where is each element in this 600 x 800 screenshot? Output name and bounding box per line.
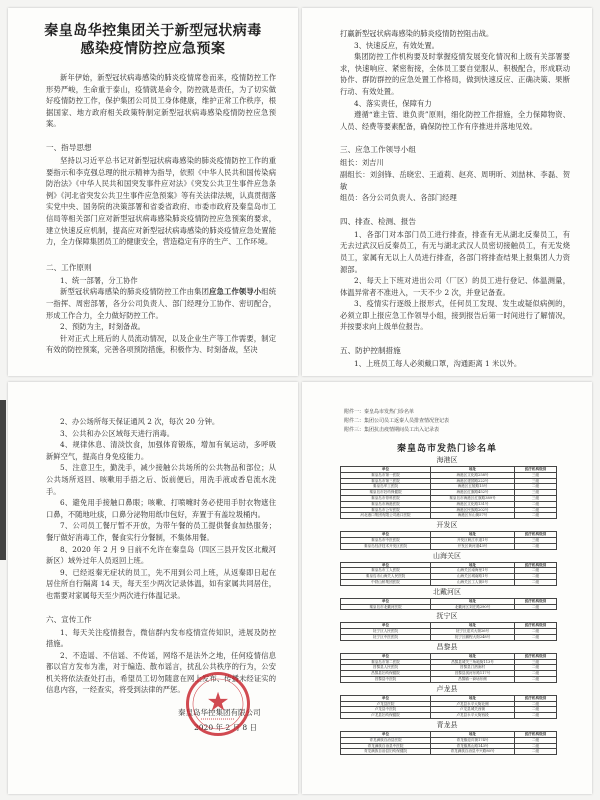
section-heading: 三、应急工作领导小组 — [302, 144, 592, 156]
principle-title: 1、统一部署，分工协作 — [8, 275, 298, 287]
attachment-item: 附件一：秦皇岛市发热门诊名单 — [302, 408, 592, 417]
fever-clinic-tables: 海港区单位地址医疗机构级别秦皇岛市第一医院海港区文化路258号三级秦皇岛市第三医… — [302, 456, 592, 755]
table-cell: 二级 — [515, 579, 557, 585]
table-cell: 昌黎镇一商场东侧 — [431, 676, 515, 682]
publicity-item: 1、每天关注疫情报告，微信群内发布疫情宣传知识，进展及防控措施。 — [8, 627, 298, 650]
table-cell: 卢龙县妇幼保健院 — [341, 713, 431, 719]
district-heading: 北戴河区 — [302, 588, 592, 597]
measure-item: 4、规律休息、清淡饮食，加强体育锻炼，增加有氧运动，多呼吸新鲜空气，提高自身免疫… — [8, 439, 298, 462]
table-cell: 秦皇岛市北戴河医院 — [341, 604, 431, 610]
table-cell: 抚宁区中医医院 — [341, 634, 431, 640]
document-page-2: 打赢新型冠状病毒感染的肺炎疫情防控阻击战。 3、快速反应，有效处置。 集团防控工… — [302, 8, 592, 376]
table-cell: 二级 — [515, 513, 557, 519]
group-leader: 组长：刘吉川 — [302, 157, 592, 169]
principle-title: 3、快速反应，有效处置。 — [302, 40, 592, 52]
table-cell: 二级 — [515, 604, 557, 610]
document-page-4: 附件一：秦皇岛市发热门诊名单 附件二：集团公司员工返秦人员排查情况登记表 附件三… — [302, 382, 592, 794]
table-cell: 二级 — [515, 634, 557, 640]
table-cell: 二级 — [515, 676, 557, 682]
table-row: 秦皇岛经济技术开发区医院开发区黄河道43号二级 — [341, 543, 557, 549]
section-heading: 六、宣传工作 — [8, 614, 298, 626]
seal-star-icon: ★ — [206, 689, 229, 715]
intro-paragraph: 新年伊始，新型冠状病毒感染的肺炎疫情席卷而来，疫情防控工作形势严峻，生命重于泰山… — [8, 72, 298, 130]
measure-item: 2、办公场所每天保证通风 2 次，每次 20 分钟。 — [8, 416, 298, 428]
document-page-3: 2、办公场所每天保证通风 2 次，每次 20 分钟。 3、公共和办公区域每天进行… — [8, 382, 298, 794]
table-row: 卢龙县妇幼保健院卢龙县永平大街西段二级 — [341, 713, 557, 719]
measure-item: 1、上班员工每人必须戴口罩，沟通距离 1 米以外。 — [302, 358, 592, 370]
measure-item: 7、公司员工餐厅暂不开放，为带午餐的员工提供餐食加热服务；餐厅做好消毒工作，餐食… — [8, 520, 298, 543]
table-cell: 海港区东山街57号 — [431, 513, 515, 519]
table-cell: 二级 — [515, 749, 557, 755]
table-cell: 开发区黄河道43号 — [431, 543, 515, 549]
section-heading: 五、防护控制措施 — [302, 345, 592, 357]
table-row: 秦皇岛市北戴河医院北戴河区刘庄路290号二级 — [341, 604, 557, 610]
table-row: 抚宁区中医医院抚宁区鹏程大街248号二级 — [341, 634, 557, 640]
district-heading: 山海关区 — [302, 552, 592, 561]
table-cell: 青龙满族自治县中兴路80号 — [431, 749, 515, 755]
measure-item: 8、2020 年 2 月 9 日前不允许在秦皇岛（四区三县开发区北戴河新区）域外… — [8, 544, 298, 567]
measure-item: 5、注意卫生，勤洗手，减少接触公共场所的公共物品和部位；从公共场所返回、咳嗽用手… — [8, 462, 298, 497]
district-heading: 抚宁区 — [302, 612, 592, 621]
principle-paragraph: 遵循“谁主管、谁负责”原则，细化防控工作措施，全力保障物资、人员、经费等要素配备… — [302, 109, 592, 132]
fever-clinic-table: 单位地址医疗机构级别卢龙县医院卢龙县永平大街北侧二级卢龙县中医院卢龙县城关西街二… — [340, 695, 557, 719]
table-cell: 昌黎县中医院 — [341, 676, 431, 682]
attachment-item: 附件二：集团公司员工返秦人员排查情况登记表 — [302, 417, 592, 426]
check-item: 1、各部门对本部门员工进行排查，排查有无从湖北反秦员工，有无去过武汉后反秦员工，… — [302, 229, 592, 275]
table-cell: 中铁山桥集团医院 — [341, 579, 431, 585]
principle-paragraph: 新型冠状病毒感染的肺炎疫情防控工作由集团应急工作领导小组统一指挥、周密部署，各分… — [8, 286, 298, 321]
table-cell: 卢龙县永平大街西段 — [431, 713, 515, 719]
table-cell: 秦皇岛经济技术开发区医院 — [341, 543, 431, 549]
table-cell: 山海关区工人街5号 — [431, 579, 515, 585]
table-cell: 抚宁区鹏程大街248号 — [431, 634, 515, 640]
fever-clinic-table: 单位地址医疗机构级别秦皇岛市北戴河医院北戴河区刘庄路290号二级 — [340, 598, 557, 611]
principle-title: 2、预防为主，时刻备战。 — [8, 321, 298, 333]
fever-clinic-table: 单位地址医疗机构级别秦皇岛市工人医院山海关区南海里1号二级秦皇岛市山海关人民医院… — [340, 562, 557, 586]
table-cell: 河北港口集团有限公司港口医院 — [341, 513, 431, 519]
scan-edge-shadow — [0, 400, 6, 560]
fever-clinic-table: 单位地址医疗机构级别秦皇岛市第一医院海港区文化路258号三级秦皇岛市第三医院海港… — [340, 466, 557, 519]
fever-clinic-table: 单位地址医疗机构级别青龙满族自治县医院青龙镇迎宾街174号二级青龙满族自治县中医… — [340, 731, 557, 755]
district-heading: 卢龙县 — [302, 685, 592, 694]
district-heading: 海港区 — [302, 456, 592, 465]
section-heading: 四、排查、检测、报告 — [302, 216, 592, 228]
measure-item: 6、避免用手接触口鼻眼；咳嗽、打喷嚏时务必使用手肘衣物遮住口鼻，不随地吐痰，口鼻… — [8, 497, 298, 520]
principle-paragraph: 针对正式上班后的人员流动情况，以及企业生产等工作需要，制定有效的防控预案，完善各… — [8, 333, 298, 356]
section-heading: 一、指导思想 — [8, 142, 298, 154]
table-cell: 二级 — [515, 713, 557, 719]
document-page-1: 秦皇岛华控集团关于新型冠状病毒 感染疫情防控应急预案 新年伊始，新型冠状病毒感染… — [8, 8, 298, 376]
official-seal: ★ — [186, 672, 250, 736]
principle-title: 4、落实责任，保障有力 — [302, 98, 592, 110]
publicity-item: 2、不造谣、不信谣、不传谣，网络不是法外之地，任何疫情信息都以官方发布为准，对于… — [8, 650, 298, 696]
district-heading: 昌黎县 — [302, 643, 592, 652]
table-cell: 北戴河区刘庄路290号 — [431, 604, 515, 610]
fever-clinic-table: 单位地址医疗机构级别秦皇岛市第二医院昌黎县城关三角地街113号三级昌黎县人民医院… — [340, 653, 557, 683]
fever-clinic-table: 单位地址医疗机构级别抚宁区人民医院抚宁区迎宾大街26号二级抚宁区中医医院抚宁区鹏… — [340, 622, 557, 640]
measure-item: 3、公共和办公区域每天进行消毒。 — [8, 428, 298, 440]
check-item: 2、每天上下班对进出公司（厂区）的员工进行登记、体温测量，体温异常者不准进入，一… — [302, 275, 592, 298]
continued-paragraph: 打赢新型冠状病毒感染的肺炎疫情防控阻击战。 — [302, 28, 592, 40]
table-cell: 二级 — [515, 543, 557, 549]
table-row: 河北港口集团有限公司港口医院海港区东山街57号二级 — [341, 513, 557, 519]
deputy-leaders: 副组长：刘剑锋、岳晓宏、王道莉、赵亮、周明昕、刘喆林、李磊、贺敏 — [302, 169, 592, 192]
table-row: 昌黎县中医院昌黎镇一商场东侧二级 — [341, 676, 557, 682]
table-row: 青龙满族自治县妇幼保健院青龙满族自治县中兴路80号二级 — [341, 749, 557, 755]
section-heading: 二、工作原则 — [8, 262, 298, 274]
district-heading: 青龙县 — [302, 721, 592, 730]
group-members: 组员：各分公司负责人、各部门经理 — [302, 192, 592, 204]
attachment-item: 附件三：集团抗击疫情期间员工出入记录表 — [302, 426, 592, 435]
measure-item: 9、已经返秦无症状的员工，先不用到公司上班，从返秦即日起在居住所自行隔离 14 … — [8, 567, 298, 602]
table-cell: 青龙满族自治县妇幼保健院 — [341, 749, 431, 755]
fever-clinic-list-title: 秦皇岛市发热门诊名单 — [302, 441, 592, 454]
guiding-ideology-paragraph: 坚持以习近平总书记对新型冠状病毒感染的肺炎疫情防控工作的重要指示和李克强总理的批… — [8, 155, 298, 248]
document-title: 秦皇岛华控集团关于新型冠状病毒 感染疫情防控应急预案 — [8, 22, 298, 58]
principle-paragraph: 集团防控工作机构要及时掌握疫情发展变化情况和上级有关部署要求，快速响应、紧密衔接… — [302, 51, 592, 97]
check-item: 3、疫情实行逐级上报形式，任何员工发现、发生或疑似病例的，必须立即上报应急工作领… — [302, 298, 592, 333]
fever-clinic-table: 单位地址医疗机构级别秦皇岛市中医医院开发区帆江东道1号三级秦皇岛经济技术开发区医… — [340, 531, 557, 549]
district-heading: 开发区 — [302, 521, 592, 530]
table-row: 中铁山桥集团医院山海关区工人街5号二级 — [341, 579, 557, 585]
